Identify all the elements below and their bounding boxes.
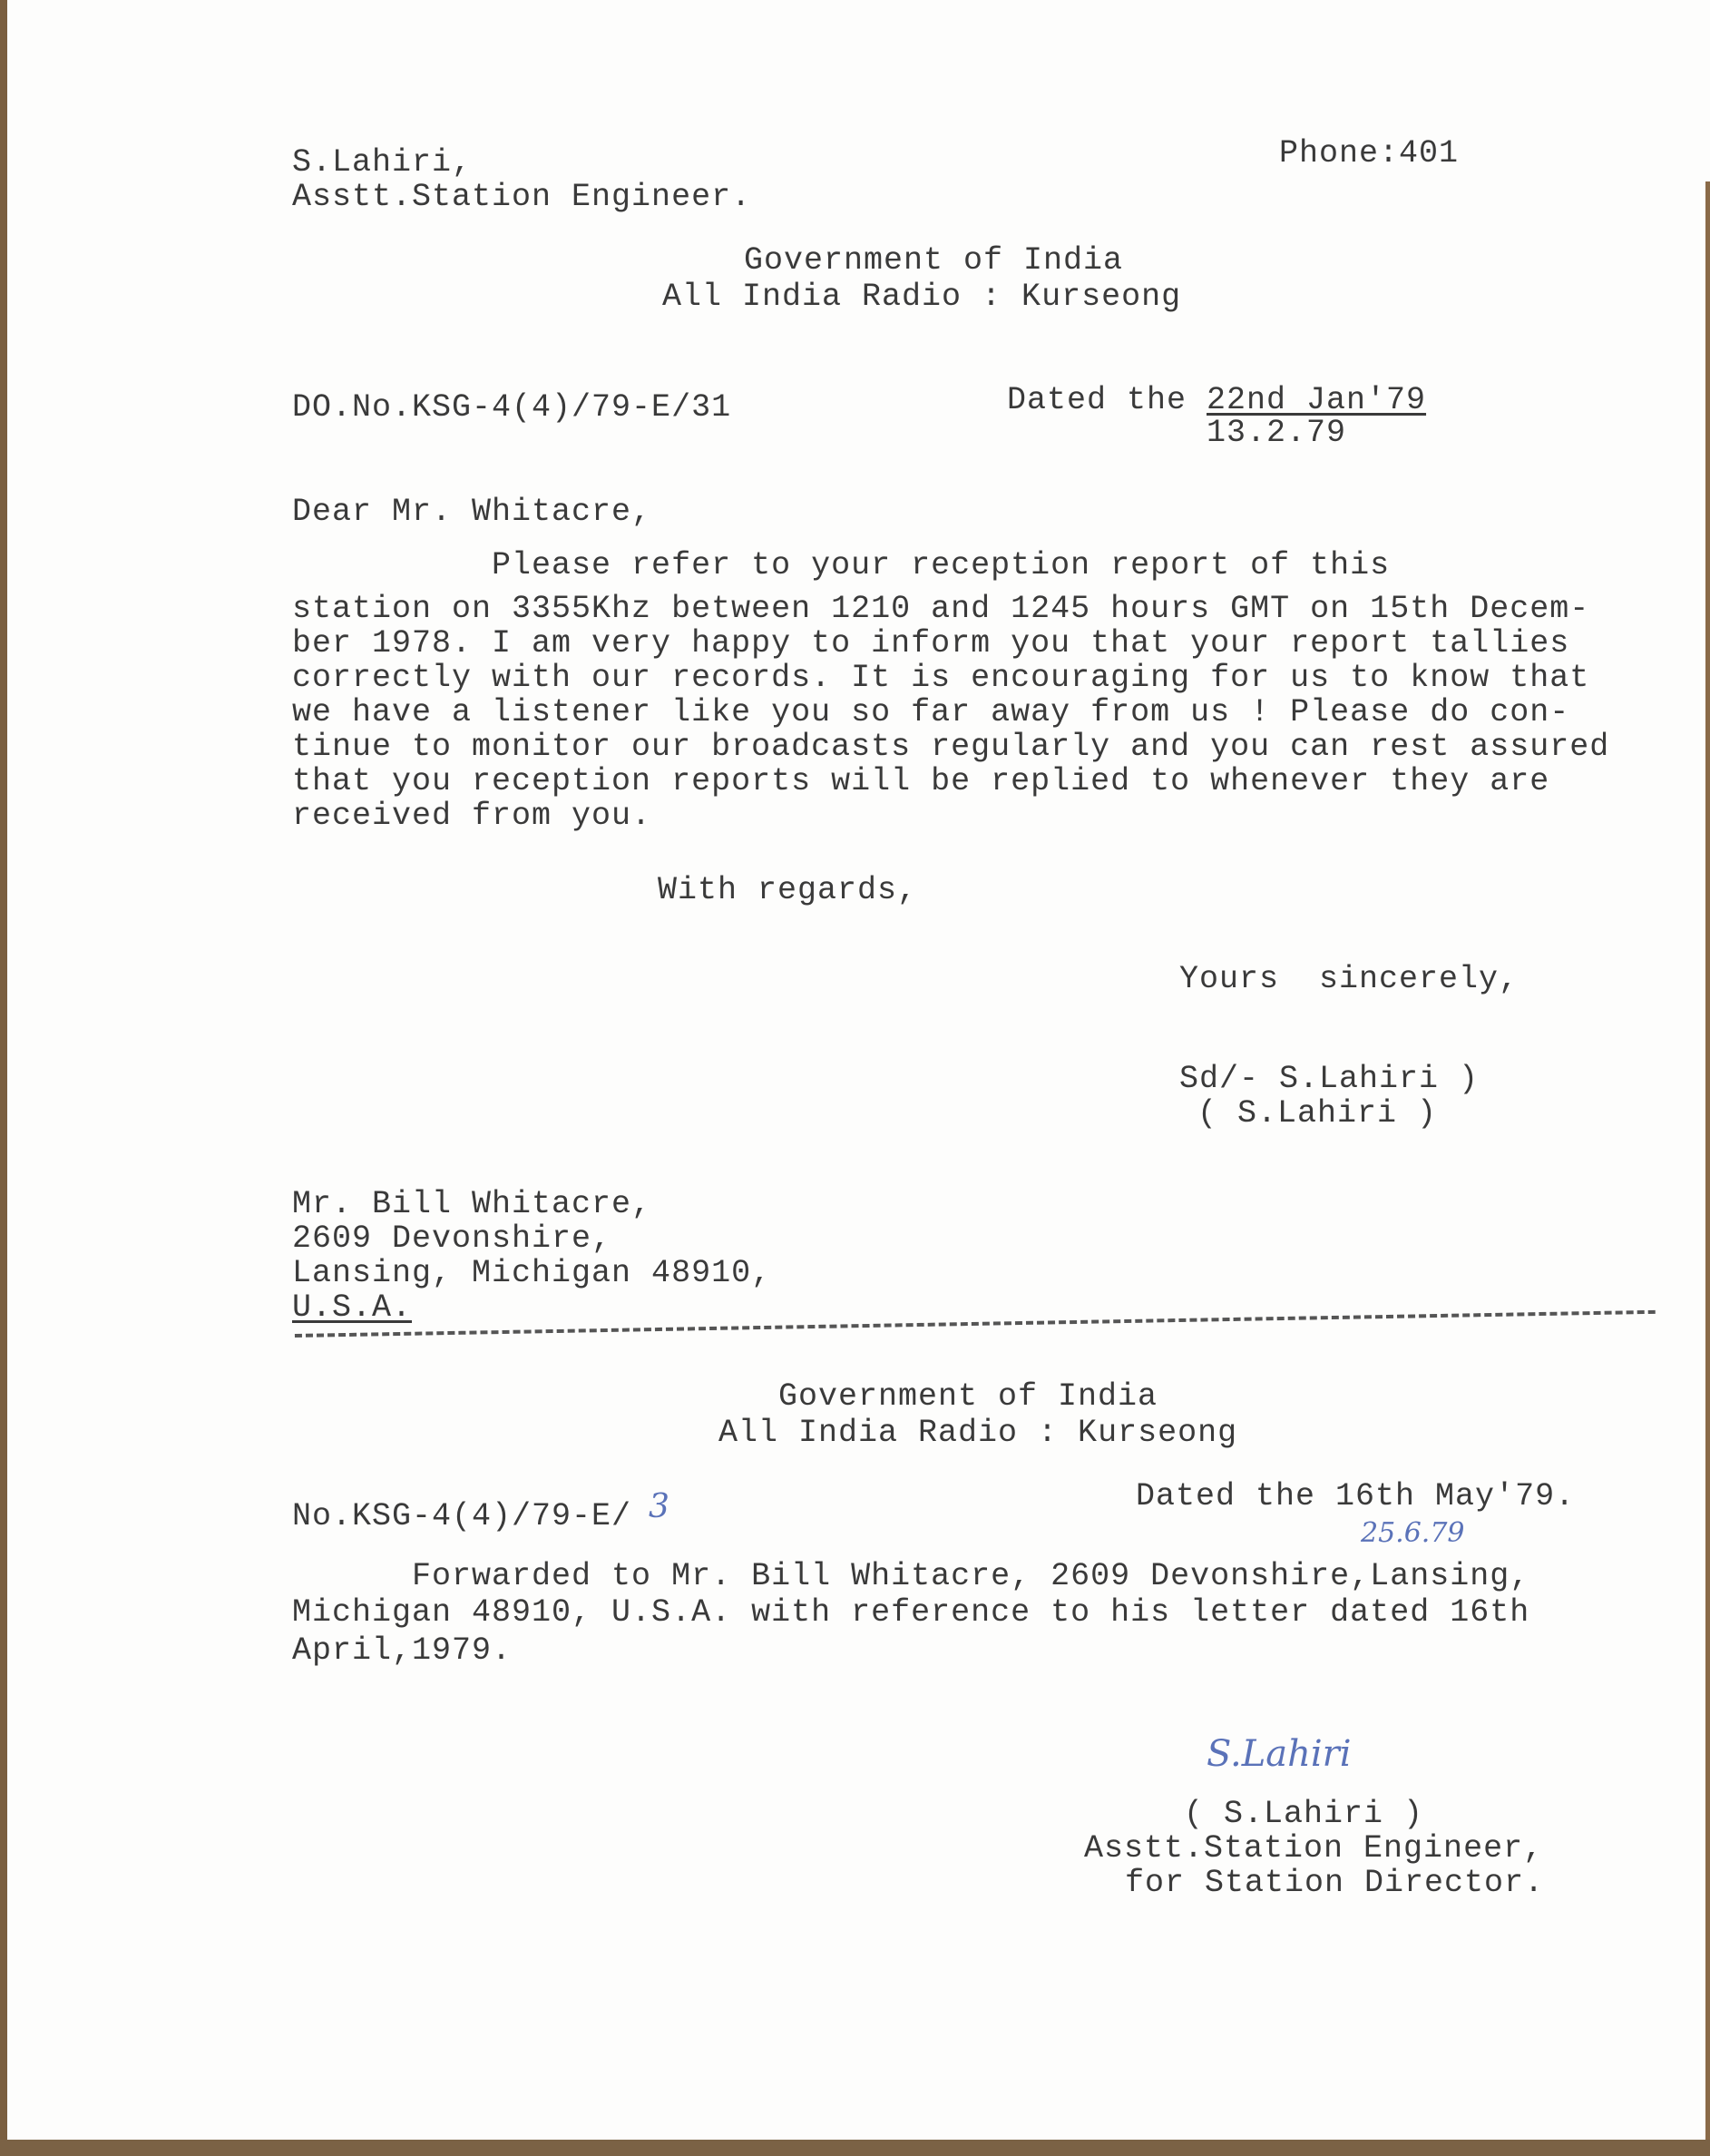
recipient-line: Mr. Bill Whitacre,	[292, 1187, 651, 1221]
forward-body-line: Forwarded to Mr. Bill Whitacre, 2609 Dev…	[292, 1559, 1529, 1593]
dated-correction: 13.2.79	[1207, 416, 1346, 450]
dated-label: Dated the	[1007, 383, 1187, 417]
body-line: correctly with our records. It is encour…	[292, 661, 1589, 695]
org-name: Government of India	[744, 243, 1123, 278]
paper-edge-bottom	[0, 2140, 1710, 2156]
salutation: Dear Mr. Whitacre,	[292, 495, 651, 529]
forward-body-line: Michigan 48910, U.S.A. with reference to…	[292, 1595, 1529, 1630]
forward-signer-for: for Station Director.	[1125, 1866, 1544, 1900]
body-line: received from you.	[292, 799, 651, 833]
closing: Yours sincerely,	[1179, 962, 1519, 996]
forward-signer-title: Asstt.Station Engineer,	[1084, 1831, 1543, 1866]
recipient-line: Lansing, Michigan 48910,	[292, 1256, 771, 1290]
forward-dated: Dated the 16th May'79.	[1136, 1479, 1575, 1514]
handwritten-date: 25.6.79	[1361, 1517, 1465, 1549]
body-line: Please refer to your reception report of…	[292, 548, 1390, 583]
sender-title: Asstt.Station Engineer.	[292, 180, 751, 214]
paper-edge-right	[1705, 181, 1710, 2141]
dated-value: 22nd Jan'79	[1207, 383, 1426, 417]
tear-line-divider	[295, 1310, 1656, 1343]
letter-page: S.Lahiri, Asstt.Station Engineer. Phone:…	[0, 0, 1710, 2156]
reference-number: DO.No.KSG-4(4)/79-E/31	[292, 390, 731, 425]
forward-org-name: Government of India	[778, 1379, 1158, 1414]
forward-body-line: April,1979.	[292, 1633, 512, 1668]
recipient-country: U.S.A.	[292, 1290, 412, 1325]
body-line: that you reception reports will be repli…	[292, 764, 1549, 799]
body-line: we have a listener like you so far away …	[292, 695, 1569, 730]
forward-reference-number: No.KSG-4(4)/79-E/	[292, 1499, 631, 1534]
regards: With regards,	[658, 873, 917, 907]
body-line: tinue to monitor our broadcasts regularl…	[292, 730, 1609, 764]
forward-org-station: All India Radio : Kurseong	[718, 1416, 1237, 1450]
signed-by: Sd/- S.Lahiri )	[1179, 1062, 1479, 1096]
recipient-line: 2609 Devonshire,	[292, 1221, 611, 1256]
handwritten-ref-digit: 3	[649, 1488, 669, 1525]
sender-name: S.Lahiri,	[292, 145, 472, 180]
handwritten-signature: S.Lahiri	[1207, 1733, 1352, 1775]
body-line: station on 3355Khz between 1210 and 1245…	[292, 592, 1589, 626]
signed-name: ( S.Lahiri )	[1197, 1096, 1437, 1131]
forward-signer-name: ( S.Lahiri )	[1184, 1797, 1423, 1831]
body-line: ber 1978. I am very happy to inform you …	[292, 626, 1569, 661]
org-station: All India Radio : Kurseong	[662, 279, 1181, 314]
paper-edge-left	[0, 0, 7, 2156]
phone-number: Phone:401	[1279, 136, 1459, 171]
